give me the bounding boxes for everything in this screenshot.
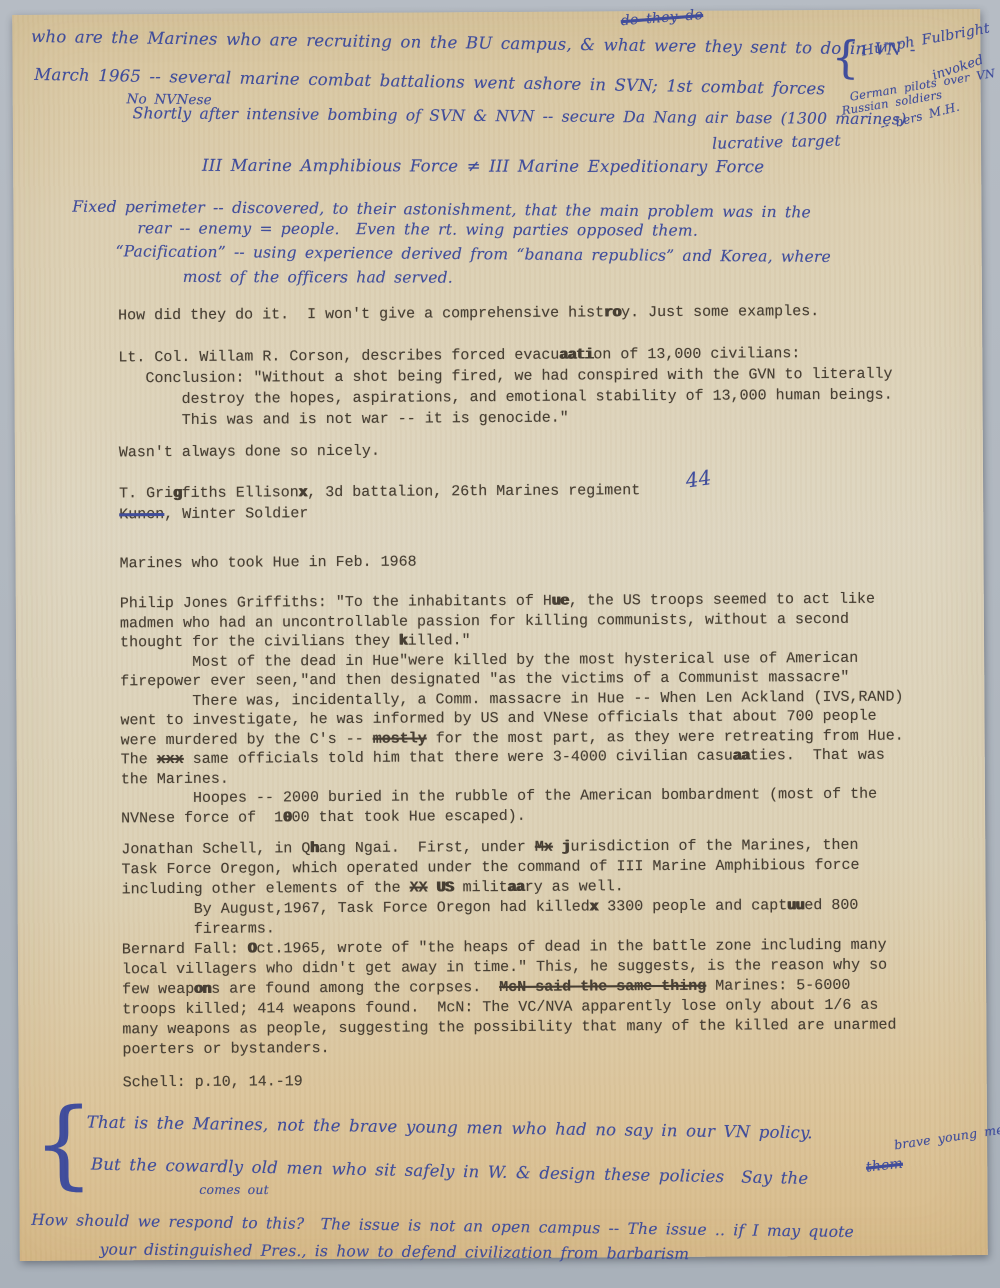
typewriter-correction: aa <box>733 747 750 764</box>
typewriter-correction: McN said the same thing <box>499 978 706 996</box>
handwriting-line: your distinguished Pres., is how to defe… <box>100 1240 690 1263</box>
typed-block: Marines who took Hue in Feb. 1968 <box>119 552 416 575</box>
typed-block: Philip Jones Griffiths: "To the inhabita… <box>120 590 905 829</box>
typewriter-correction: aati <box>559 346 593 363</box>
typewriter-correction: uu <box>787 897 804 914</box>
typewriter-correction: on <box>194 981 211 998</box>
typed-line: This was and is not war -- it is genocid… <box>119 406 893 432</box>
typed-line: poerters or bystanders. <box>122 1036 896 1061</box>
typewriter-correction: x <box>299 484 308 501</box>
typed-line: Schell: p.10, 14.-19 <box>123 1071 303 1093</box>
typewriter-correction: h <box>310 840 319 857</box>
typed-block: T. Grigfiths Ellisonx, 3d battalion, 26t… <box>119 480 640 525</box>
typed-text-layer: How did they do it. I won't give a compr… <box>12 9 980 15</box>
handwriting-line: Humph Fulbright <box>860 20 991 59</box>
handwriting-line: do they do <box>620 7 704 29</box>
handwriting-line: rear -- enemy = people. Even the rt. win… <box>137 219 698 239</box>
typed-block: Wasn't always done so nicely. <box>119 441 380 464</box>
typewriter-correction: aa <box>508 879 525 896</box>
typed-line: NVNese force of 1000 that took Hue escap… <box>121 804 904 828</box>
typed-block: How did they do it. I won't give a compr… <box>118 301 819 326</box>
handwriting-line: lucrative target <box>712 132 841 153</box>
handwritten-brace: { <box>831 38 860 78</box>
typed-block: Lt. Col. Willam R. Corson, describes for… <box>118 343 893 432</box>
typed-line: Wasn't always done so nicely. <box>119 441 380 464</box>
handwriting-layer: who are the Marines who are recruiting o… <box>12 9 980 15</box>
typed-block: Schell: p.10, 14.-19 <box>123 1071 303 1093</box>
handwriting-line: brave young men to <box>893 1117 1000 1152</box>
handwriting-line: That is the Marines, not the brave young… <box>87 1113 813 1143</box>
typewriter-correction: Mx <box>535 839 553 856</box>
typed-line: T. Grigfiths Ellisonx, 3d battalion, 26t… <box>119 480 640 504</box>
pen-strikethrough: Kunen <box>119 506 164 523</box>
typewriter-correction: mostly <box>373 730 427 747</box>
typewriter-correction: x <box>590 898 599 915</box>
handwritten-brace: { <box>33 1100 95 1187</box>
typewriter-correction: k <box>399 633 408 650</box>
handwriting-line: comes out <box>199 1182 269 1197</box>
typed-line: How did they do it. I won't give a compr… <box>118 301 819 326</box>
typewriter-correction: O <box>248 940 257 957</box>
handwriting-line: “Pacification” -- using experience deriv… <box>115 242 831 266</box>
typewriter-correction: US <box>437 879 454 896</box>
typewriter-correction: g <box>173 485 182 502</box>
handwriting-line: who are the Marines who are recruiting o… <box>31 27 916 59</box>
paper: How did they do it. I won't give a compr… <box>12 9 988 1261</box>
typewriter-correction: xxx <box>157 751 184 768</box>
typewriter-correction: ro <box>604 304 621 321</box>
handwriting-line: 44 <box>684 465 713 493</box>
handwriting-line: How should we respond to this? The issue… <box>31 1211 854 1241</box>
typed-line: Kunen, Winter Soldier <box>119 501 640 525</box>
handwriting-line: Fixed perimeter -- discovered, to their … <box>72 198 811 222</box>
typewriter-correction: ue <box>552 593 569 610</box>
typed-line: Marines who took Hue in Feb. 1968 <box>119 552 416 575</box>
desk-background: { "colors": { "background": "#b0b7bf", "… <box>0 0 1000 1288</box>
handwriting-line: III Marine Amphibious Force ≠ III Marine… <box>202 156 764 176</box>
typewriter-correction: XX <box>410 879 428 896</box>
handwriting-line: most of the officers had served. <box>183 268 453 287</box>
handwriting-line: Shortly after intensive bombing of SVN &… <box>133 104 907 128</box>
typewriter-correction: 0 <box>283 809 292 826</box>
typed-block: Jonathan Schell, in Qhang Ngai. First, u… <box>121 836 896 1061</box>
typewriter-correction: j <box>562 839 571 856</box>
handwriting-line: them <box>865 1156 904 1176</box>
